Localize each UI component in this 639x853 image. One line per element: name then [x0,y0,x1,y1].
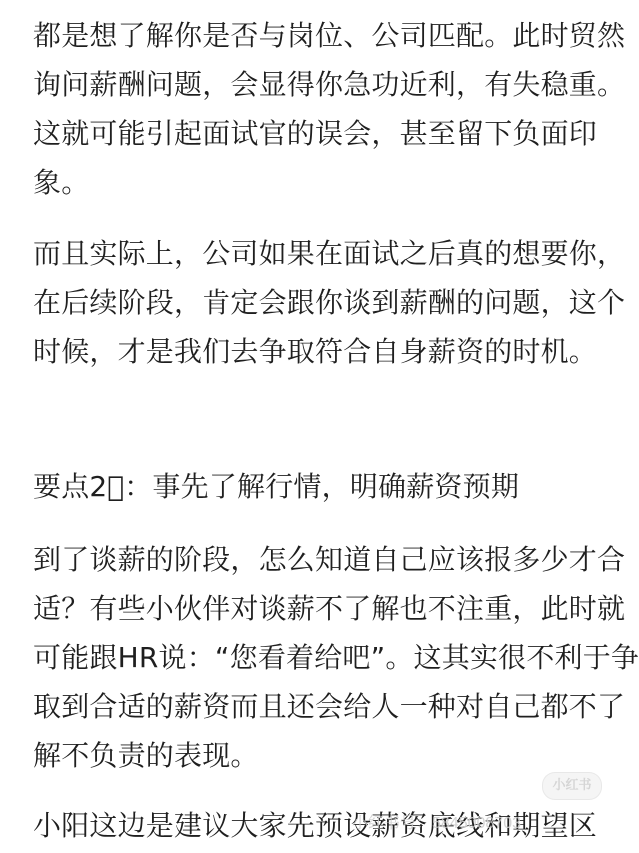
paragraph-1-line-4: 象。 [33,165,89,201]
paragraph-3-line-3: 可能跟HR说：“您看着给吧”。这其实很不利于争 [33,640,639,676]
section-heading: 要点2⃣：事先了解行情，明确薪资预期 [33,469,519,505]
paragraph-2-line-3: 时候，才是我们去争取符合自身薪资的时机。 [33,334,597,370]
paragraph-3-line-1: 到了谈薪的阶段，怎么知道自己应该报多少才合 [33,542,625,578]
paragraph-1-line-2: 询问薪酬问题，会显得你急功近利，有失稳重。 [33,67,625,103]
paragraph-3-line-4: 取到合适的薪资而且还会给人一种对自己都不了 [33,689,625,725]
watermark-id: 小红书号：5845008703 [352,814,521,834]
paragraph-2-line-2: 在后续阶段，肯定会跟你谈到薪酬的问题，这个 [33,285,625,321]
paragraph-3-line-5: 解不负责的表现。 [33,738,259,774]
paragraph-1-line-1: 都是想了解你是否与岗位、公司匹配。此时贸然 [33,18,625,54]
paragraph-1-line-3: 这就可能引起面试官的误会，甚至留下负面印 [33,116,597,152]
paragraph-3-line-2: 适？有些小伙伴对谈薪不了解也不注重，此时就 [33,591,625,627]
watermark-logo: 小红书 [542,772,602,800]
paragraph-2-line-1: 而且实际上，公司如果在面试之后真的想要你， [33,236,625,272]
